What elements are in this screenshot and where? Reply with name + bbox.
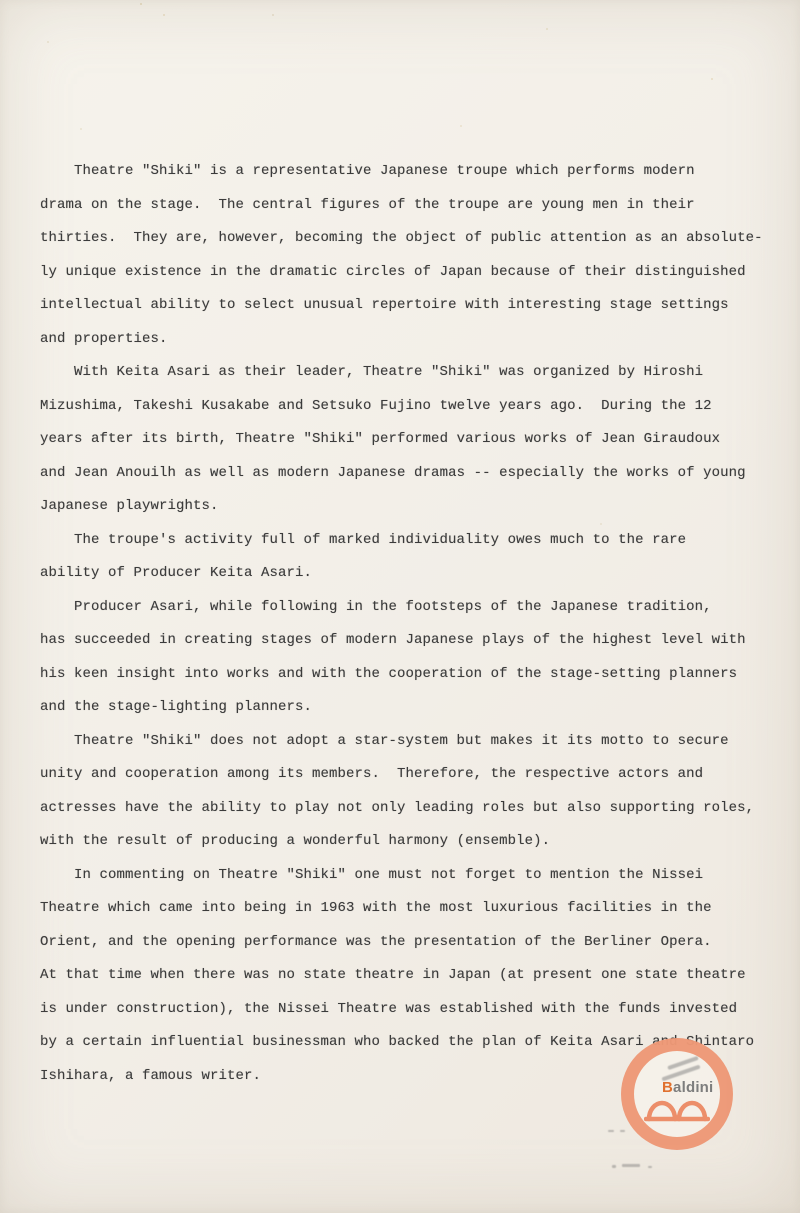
text-line: and properties.	[40, 323, 770, 357]
text-line: In commenting on Theatre "Shiki" one mus…	[40, 859, 770, 893]
paragraph: With Keita Asari as their leader, Theatr…	[40, 356, 770, 524]
paper-specks	[140, 3, 142, 5]
text-line: thirties. They are, however, becoming th…	[40, 222, 770, 256]
text-line: intellectual ability to select unusual r…	[40, 289, 770, 323]
text-line: With Keita Asari as their leader, Theatr…	[40, 356, 770, 390]
text-line: unity and cooperation among its members.…	[40, 758, 770, 792]
watermark-brand-rest: aldini	[673, 1079, 713, 1096]
paragraph: The troupe's activity full of marked ind…	[40, 524, 770, 591]
text-line: years after its birth, Theatre "Shiki" p…	[40, 423, 770, 457]
watermark-brand-text: Baldini	[662, 1079, 713, 1096]
text-line: Producer Asari, while following in the f…	[40, 591, 770, 625]
text-line: The troupe's activity full of marked ind…	[40, 524, 770, 558]
text-line: Theatre "Shiki" is a representative Japa…	[40, 155, 770, 189]
text-line: is under construction), the Nissei Theat…	[40, 993, 770, 1027]
smudge-mark	[620, 1130, 625, 1132]
text-line: actresses have the ability to play not o…	[40, 792, 770, 826]
document-text: Theatre "Shiki" is a representative Japa…	[40, 155, 770, 1093]
paragraph: Theatre "Shiki" is a representative Japa…	[40, 155, 770, 356]
text-line: with the result of producing a wonderful…	[40, 825, 770, 859]
text-line: Mizushima, Takeshi Kusakabe and Setsuko …	[40, 390, 770, 424]
text-line: Japanese playwrights.	[40, 490, 770, 524]
text-line: drama on the stage. The central figures …	[40, 189, 770, 223]
smudge-mark	[648, 1166, 652, 1168]
paragraph: Producer Asari, while following in the f…	[40, 591, 770, 725]
text-line: and the stage-lighting planners.	[40, 691, 770, 725]
text-line: has succeeded in creating stages of mode…	[40, 624, 770, 658]
smudge-mark	[622, 1164, 640, 1167]
smudge-mark	[608, 1130, 614, 1132]
baldini-watermark-stamp: Baldini	[621, 1038, 733, 1150]
smudge-mark	[612, 1165, 616, 1168]
text-line: and Jean Anouilh as well as modern Japan…	[40, 457, 770, 491]
text-line: his keen insight into works and with the…	[40, 658, 770, 692]
watermark-brand-initial: B	[662, 1079, 673, 1096]
text-line: ly unique existence in the dramatic circ…	[40, 256, 770, 290]
open-book-icon	[644, 1098, 710, 1124]
text-line: Orient, and the opening performance was …	[40, 926, 770, 960]
text-line: Theatre which came into being in 1963 wi…	[40, 892, 770, 926]
text-line: Theatre "Shiki" does not adopt a star-sy…	[40, 725, 770, 759]
text-line: At that time when there was no state the…	[40, 959, 770, 993]
paragraph: Theatre "Shiki" does not adopt a star-sy…	[40, 725, 770, 859]
text-line: ability of Producer Keita Asari.	[40, 557, 770, 591]
